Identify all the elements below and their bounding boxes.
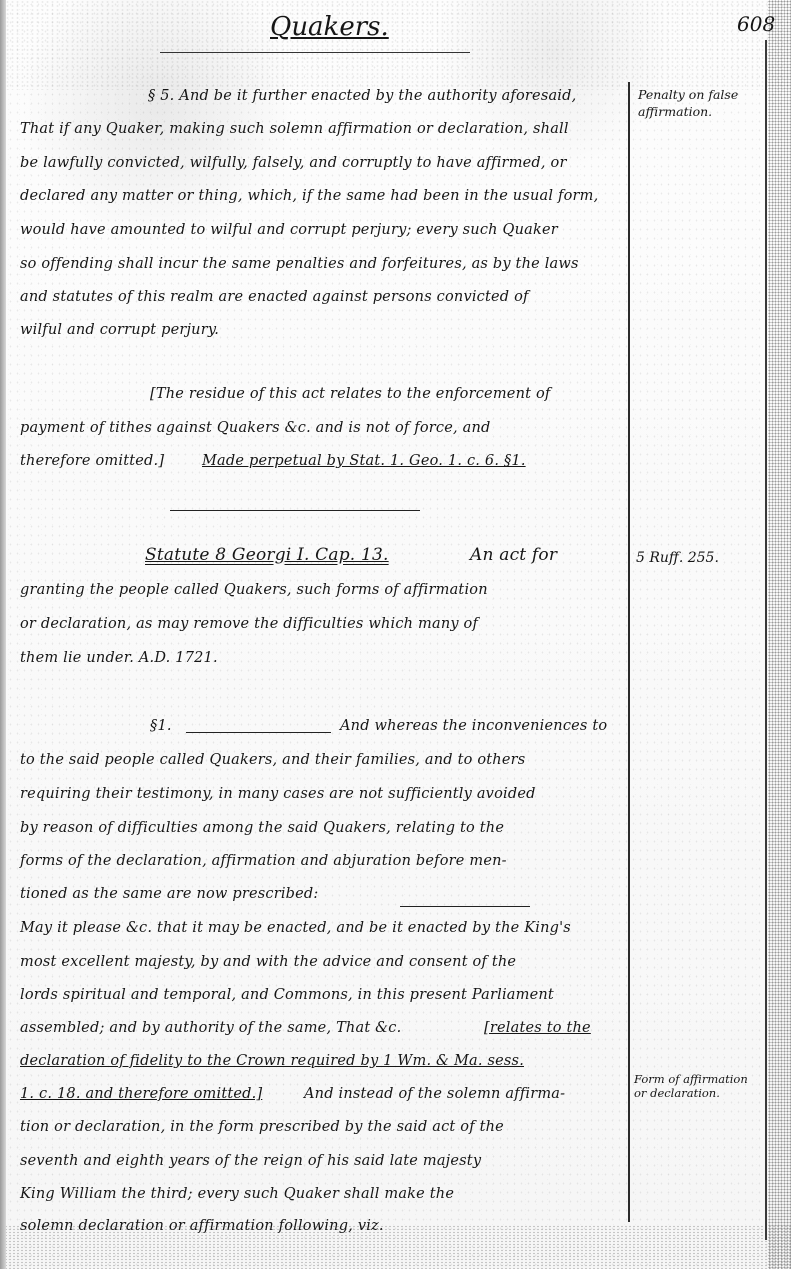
outer-rule (765, 40, 767, 1240)
text-line: granting the people called Quakers, such… (20, 582, 488, 598)
text-line: most excellent majesty, by and with the … (20, 954, 516, 970)
text-line: be lawfully convicted, wilfully, falsely… (20, 155, 567, 171)
page-left-edge (0, 0, 6, 1269)
document-page: Quakers. 608 § 5. And be it further enac… (0, 0, 791, 1269)
text-line: would have amounted to wilful and corrup… (20, 222, 558, 238)
text-line: payment of tithes against Quakers &c. an… (20, 420, 490, 436)
scan-smudge-top (0, 0, 791, 90)
text-line: seventh and eighth years of the reign of… (20, 1153, 481, 1169)
text-line: That if any Quaker, making such solemn a… (20, 121, 569, 137)
margin-note-line: Penalty on false (638, 86, 738, 103)
bracket-note: [relates to the (484, 1020, 591, 1036)
margin-note-line: affirmation. (638, 103, 738, 120)
text-line: declared any matter or thing, which, if … (20, 188, 598, 204)
text-line: assembled; and by authority of the same,… (20, 1020, 401, 1036)
margin-note-penalty: Penalty on false affirmation. (638, 86, 738, 120)
section-dash (186, 732, 331, 733)
title-underline (160, 52, 470, 53)
margin-note-reference: 5 Ruff. 255. (636, 550, 719, 567)
text-line: tioned as the same are now prescribed: (20, 886, 319, 902)
margin-note-line: or declaration. (634, 1086, 748, 1100)
page-right-edge (768, 0, 791, 1269)
text-line: to the said people called Quakers, and t… (20, 752, 525, 768)
margin-rule (628, 82, 630, 1222)
text-line: solemn declaration or affirmation follow… (20, 1218, 384, 1234)
text-line: forms of the declaration, affirmation an… (20, 853, 507, 869)
margin-note-line: Form of affirmation (634, 1072, 748, 1086)
text-line: them lie under. A.D. 1721. (20, 650, 218, 666)
text-line: And whereas the inconveniences to (340, 718, 607, 734)
text-line: King William the third; every such Quake… (20, 1186, 454, 1202)
text-line: requiring their testimony, in many cases… (20, 786, 536, 802)
bracket-note: 1. c. 18. and therefore omitted.] (20, 1086, 262, 1102)
text-line: and statutes of this realm are enacted a… (20, 289, 529, 305)
statute-heading: Statute 8 Georgi I. Cap. 13. (145, 545, 389, 565)
text-line: lords spiritual and temporal, and Common… (20, 987, 554, 1003)
line-dash (400, 906, 530, 907)
text-line: tion or declaration, in the form prescri… (20, 1119, 504, 1135)
text-line: by reason of difficulties among the said… (20, 820, 504, 836)
text-line: § 5. And be it further enacted by the au… (148, 88, 576, 104)
section-divider (170, 510, 420, 511)
text-line: wilful and corrupt perjury. (20, 322, 219, 338)
page-number: 608 (737, 12, 775, 36)
text-line: May it please &c. that it may be enacted… (20, 920, 571, 936)
text-line: And instead of the solemn affirma- (304, 1086, 565, 1102)
text-line: [The residue of this act relates to the … (150, 386, 550, 402)
text-line: so offending shall incur the same penalt… (20, 256, 579, 272)
page-title: Quakers. (270, 12, 389, 42)
perpetual-note: Made perpetual by Stat. 1. Geo. 1. c. 6.… (202, 453, 526, 469)
text-line: or declaration, as may remove the diffic… (20, 616, 478, 632)
bracket-note: declaration of fidelity to the Crown req… (20, 1053, 524, 1069)
margin-note-form: Form of affirmation or declaration. (634, 1072, 748, 1100)
statute-heading-rest: An act for (470, 545, 557, 565)
text-line: therefore omitted.] (20, 453, 164, 469)
section-label: §1. (150, 718, 172, 734)
